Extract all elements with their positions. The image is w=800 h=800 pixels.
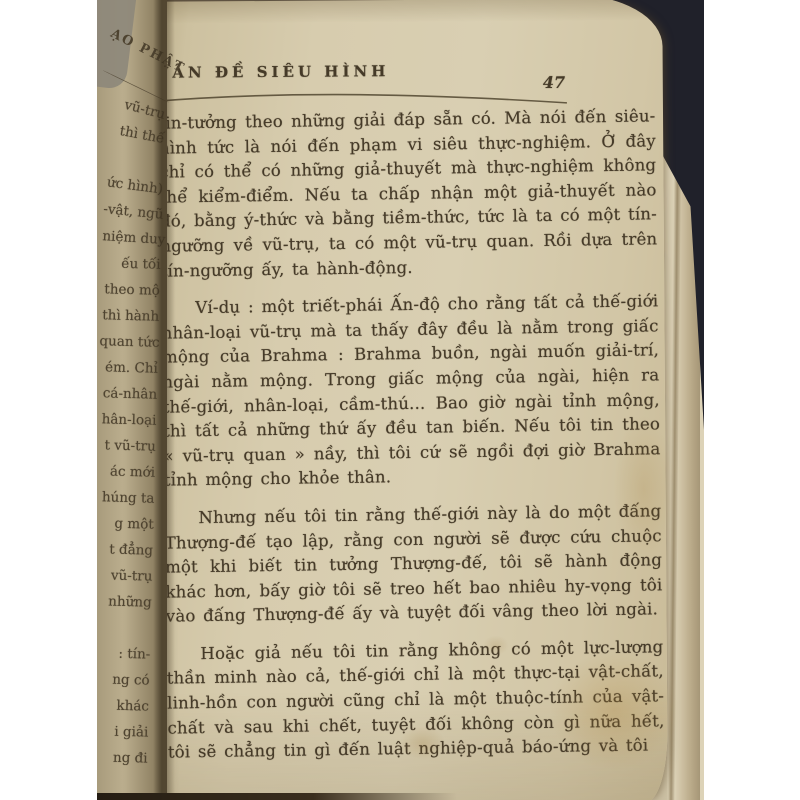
- left-page-line-fragment: những: [97, 593, 157, 621]
- page-top-edge: [148, 0, 636, 2]
- left-page-line-fragment: : tín-: [97, 645, 156, 673]
- left-page-line-fragment: húng ta: [97, 489, 160, 517]
- screenshot-canvas: VẤN ĐỀ SIÊU HÌNH 47 tin-tưởng theo những…: [0, 0, 800, 800]
- body-paragraph: tin-tưởng theo những giải đáp sẵn có. Mà…: [158, 104, 657, 284]
- left-page-line-fragment: ng đi: [97, 749, 153, 777]
- left-page-line-fragment: t đẳng: [97, 541, 158, 569]
- left-page-line-fragment: [97, 619, 156, 647]
- body-paragraph: Ví-dụ : một triết-phái Ấn-độ cho rằng tấ…: [161, 289, 661, 493]
- running-header: VẤN ĐỀ SIÊU HÌNH: [157, 62, 390, 82]
- left-page-line-fragment: g một: [97, 515, 159, 543]
- left-page-line-fragment: i giải: [97, 723, 154, 751]
- body-paragraph: Nhưng nếu tôi tin rằng thế-giới này là d…: [164, 499, 663, 629]
- page-text: tin-tưởng theo những giải đáp sẵn có. Mà…: [158, 104, 665, 778]
- book-photo: VẤN ĐỀ SIÊU HÌNH 47 tin-tưởng theo những…: [97, 0, 704, 800]
- body-paragraph: Hoặc giả nếu tôi tin rằng không có một l…: [166, 635, 665, 765]
- left-page-line-fragment: vũ-trụ: [97, 567, 158, 595]
- book-bottom-shadow: [97, 793, 457, 800]
- book-page: VẤN ĐỀ SIÊU HÌNH 47 tin-tưởng theo những…: [148, 0, 668, 800]
- left-page-line-fragment: ác mới: [97, 463, 160, 491]
- left-page-line-fragment: ng có: [97, 671, 155, 699]
- left-page-line-fragment: hân-loại: [97, 411, 162, 439]
- left-page-line-fragment: t vũ-trụ: [97, 437, 161, 465]
- gutter-shadow: [153, 0, 175, 800]
- left-page-line-fragment: khác: [97, 697, 154, 725]
